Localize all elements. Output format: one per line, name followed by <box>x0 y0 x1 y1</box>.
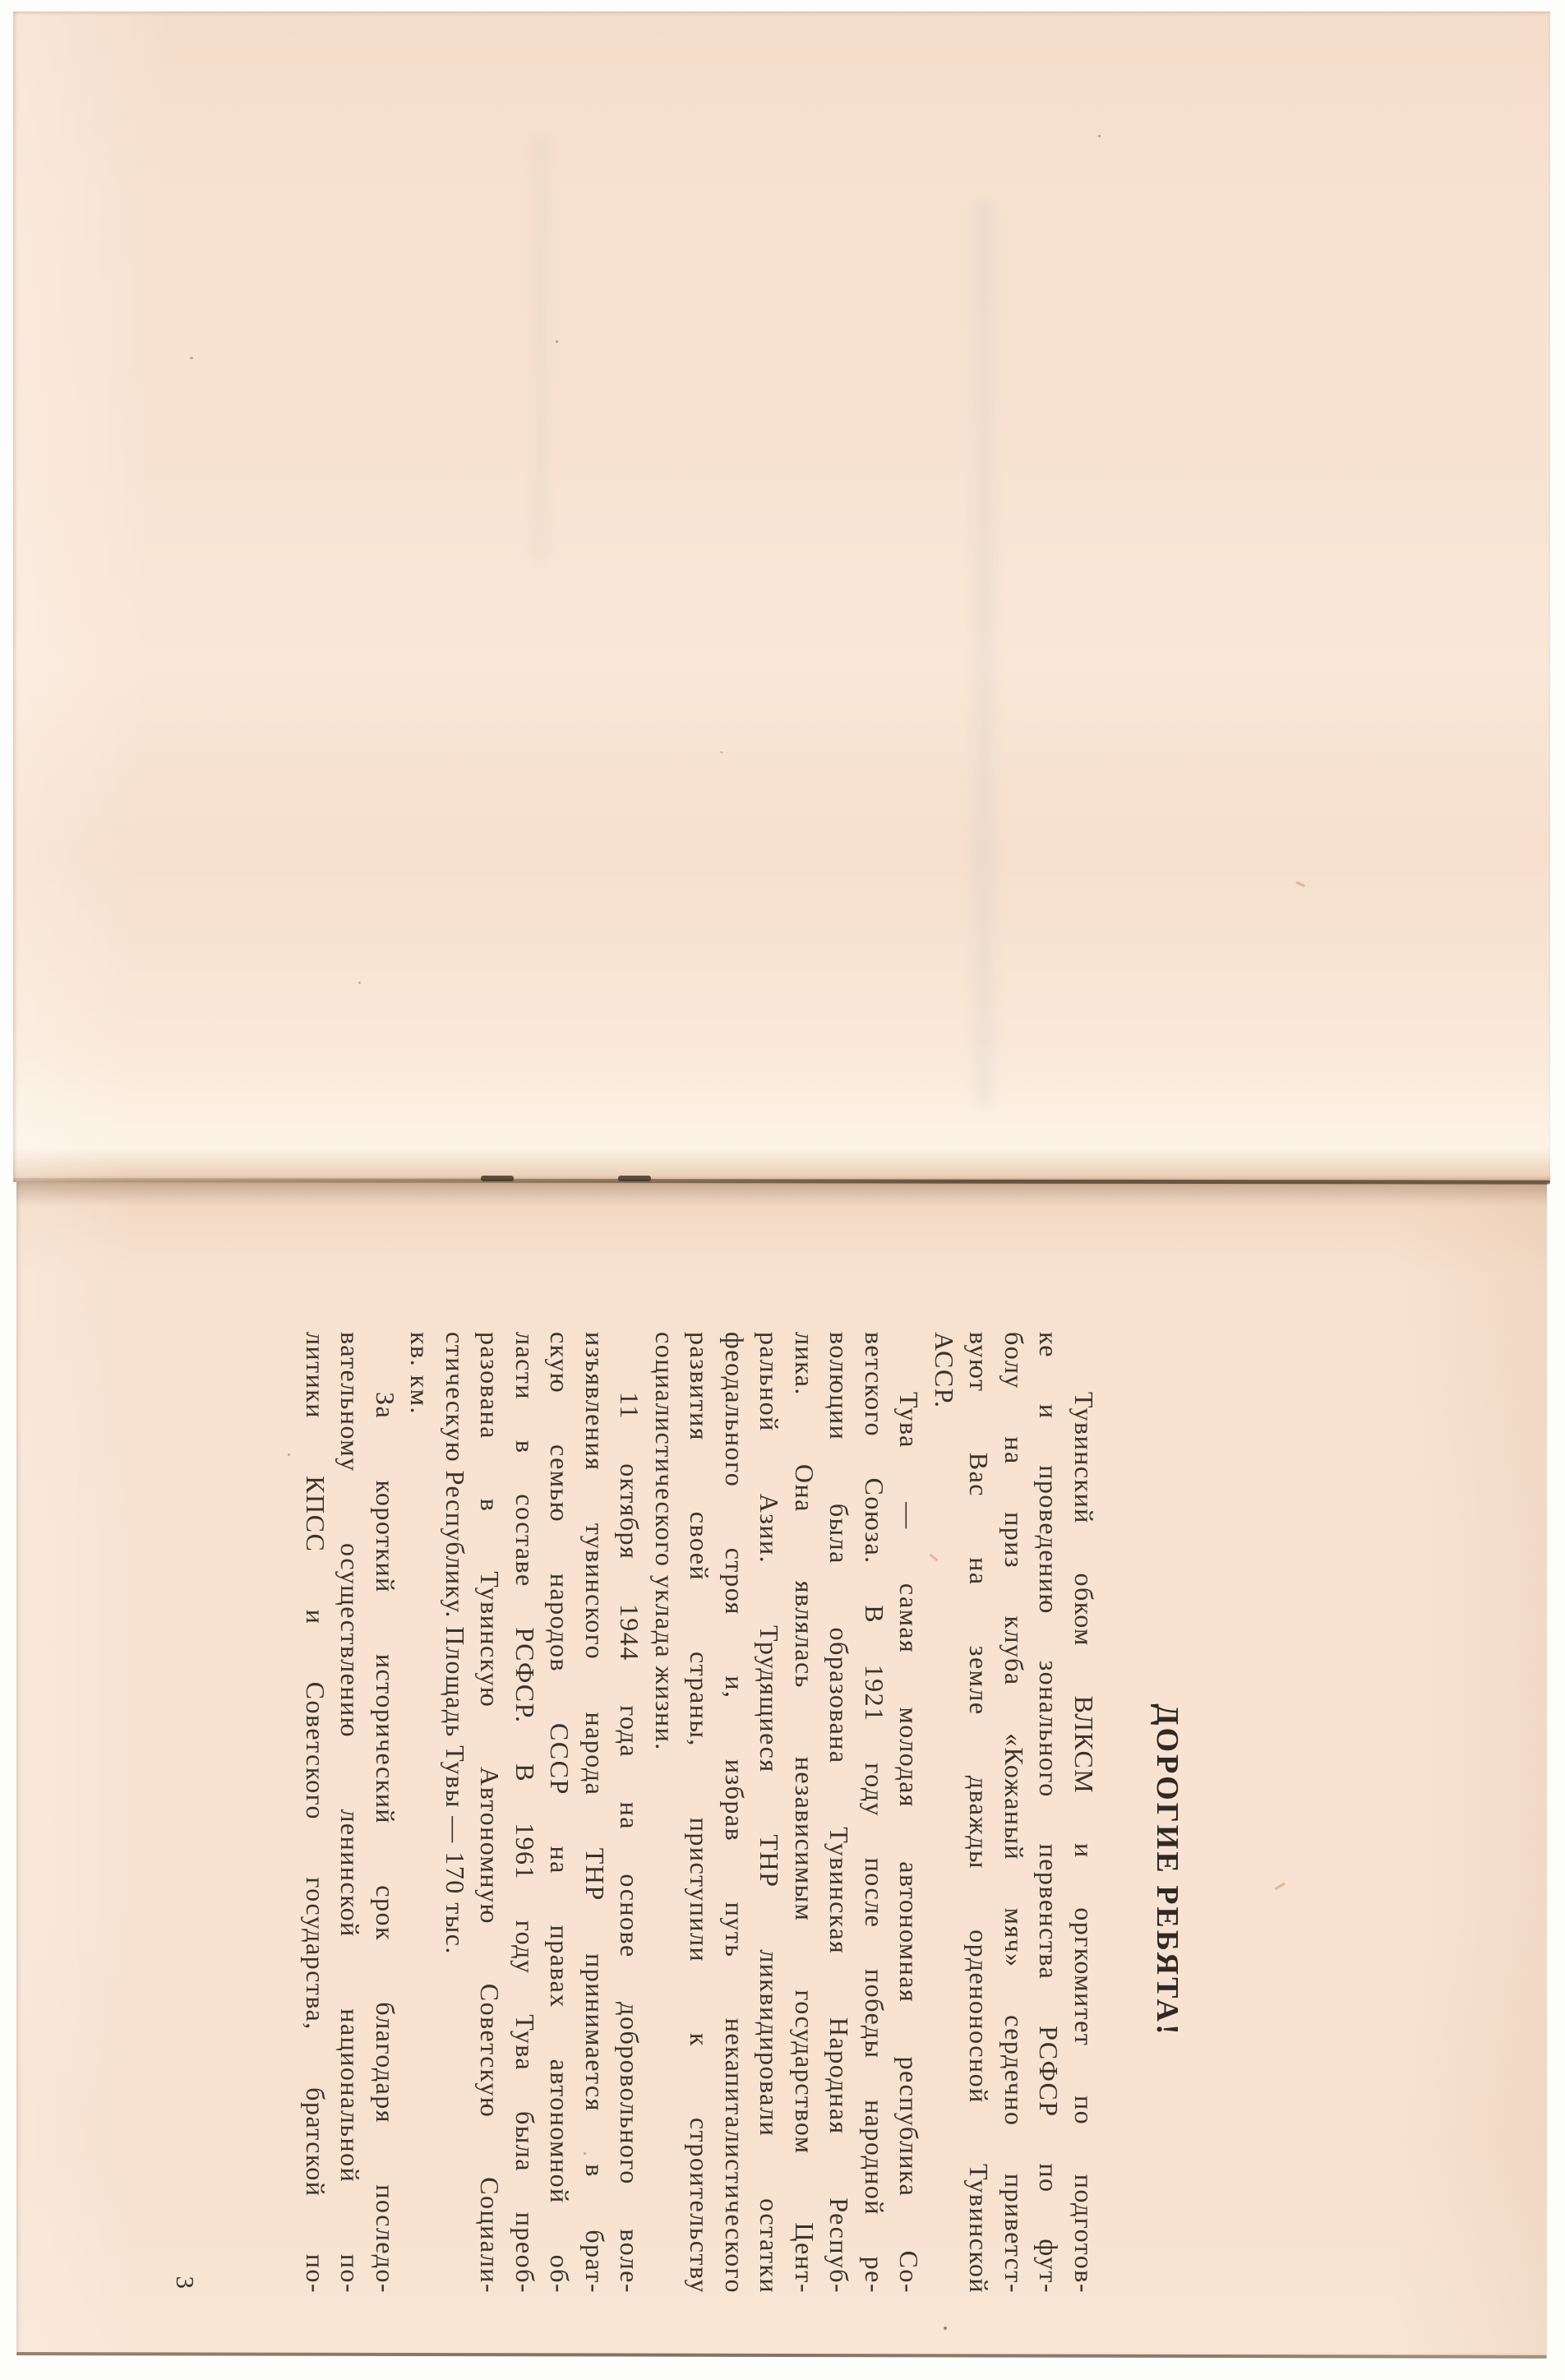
text-line: ральной Азии. Трудящиеся ТНР ликвидирова… <box>752 1332 787 2294</box>
text-line: 11 октября 1944 года на основе доброволь… <box>612 1332 648 2294</box>
text-line: ветского Союза. В 1921 году после победы… <box>857 1332 893 2294</box>
blank-top-page <box>13 12 1550 1182</box>
paper-speck <box>556 340 558 343</box>
text-line: Тувинский обком ВЛКСМ и оргкомитет по по… <box>1067 1332 1102 2294</box>
paper-speck <box>190 357 193 359</box>
text-line: лика. Она являлась независимым государст… <box>787 1332 823 2294</box>
page-number: 3 <box>169 2276 201 2290</box>
paper-fiber <box>1295 881 1305 888</box>
paper-speck <box>358 982 361 984</box>
text-line: стическую Республику. Площадь Тувы — 170… <box>438 1332 473 2294</box>
text-line: Тува — самая молодая автономная республи… <box>892 1332 927 2294</box>
text-line: вуют Вас на земле дважды орденоносной Ту… <box>962 1332 997 2294</box>
text-line: вательному осуществлению ленинской нацио… <box>333 1332 368 2294</box>
text-line: изъявления тувинского народа ТНР принима… <box>578 1332 613 2294</box>
ink-showthrough-smudge <box>533 135 549 562</box>
text-line: За короткий исторический срок благодаря … <box>368 1332 404 2294</box>
page-title: ДОРОГИЕ РЕБЯТА! <box>1147 1332 1188 2294</box>
text-line: волюции была образована Тувинская Народн… <box>822 1332 857 2294</box>
scanned-book-spread: ДОРОГИЕ РЕБЯТА! Тувинский обком ВЛКСМ и … <box>0 0 1565 2380</box>
text-line: социалистического уклада жизни. <box>648 1332 683 2294</box>
paper-speck <box>944 2327 947 2330</box>
fold-staple-mark <box>618 1176 651 1181</box>
paper-speck <box>720 751 723 753</box>
text-line: литики КПСС и Советского государства, бр… <box>298 1332 334 2294</box>
text-line: АССР. <box>927 1332 963 2294</box>
text-line: ласти в составе РСФСР. В 1961 году Тува … <box>508 1332 543 2294</box>
text-line: ке и проведению зонального первенства РС… <box>1032 1332 1067 2294</box>
text-line: развития своей страны, приступили к стро… <box>682 1332 718 2294</box>
text-line: скую семью народов СССР на правах автоно… <box>542 1332 578 2294</box>
text-line: разована в Тувинскую Автономную Советску… <box>473 1332 508 2294</box>
paper-speck <box>1098 135 1101 137</box>
page-text-block: ДОРОГИЕ РЕБЯТА! Тувинский обком ВЛКСМ и … <box>169 1332 1188 2294</box>
paper-fiber <box>1274 1883 1286 1891</box>
ink-showthrough-smudge <box>973 201 995 1105</box>
text-line: феодального строя и, избрав путь некапит… <box>718 1332 753 2294</box>
fold-staple-mark <box>481 1176 514 1181</box>
text-line: кв. км. <box>403 1332 438 2294</box>
fold-shadow <box>16 1182 1547 1207</box>
text-line: болу на приз клуба «Кожаный мяч» сердечн… <box>997 1332 1032 2294</box>
